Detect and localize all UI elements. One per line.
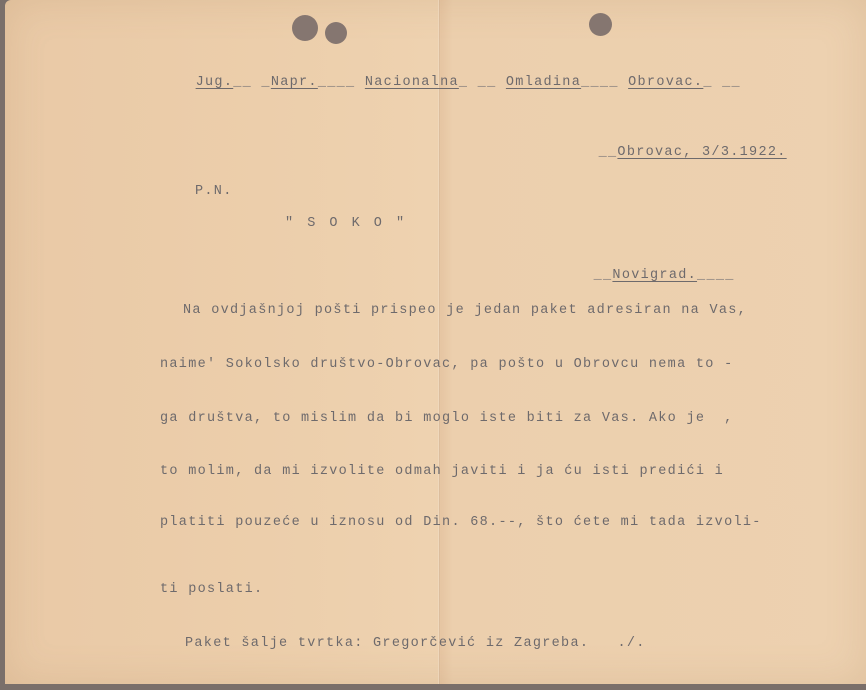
closing-line: Paket šalje tvrtka: Gregorčević iz Zagre… bbox=[185, 636, 646, 651]
letterhead-part: Omladina bbox=[506, 75, 581, 90]
punch-hole bbox=[325, 22, 347, 44]
place-date-line: __Obrovac, 3/3.1922. bbox=[561, 130, 787, 175]
place-date: Obrovac, 3/3.1922. bbox=[617, 145, 786, 160]
punch-hole bbox=[292, 15, 318, 41]
punch-hole bbox=[589, 13, 612, 36]
body-line: to molim, da mi izvolite odmah javiti i … bbox=[160, 464, 724, 479]
destination-line: __Novigrad.____ bbox=[556, 253, 735, 298]
letterhead: Jug.__ _Napr.____ Nacionalna_ __ Omladin… bbox=[158, 60, 741, 105]
addressee: " S O K O " bbox=[285, 216, 407, 231]
destination: Novigrad. bbox=[612, 268, 697, 283]
salutation: P.N. bbox=[195, 184, 233, 199]
body-line: Na ovdjašnjoj pošti prispeo je jedan pak… bbox=[183, 303, 747, 318]
body-line: platiti pouzeće u iznosu od Din. 68.--, … bbox=[160, 515, 762, 530]
body-line: ga društva, to mislim da bi moglo iste b… bbox=[160, 411, 733, 426]
letterhead-part: Napr. bbox=[271, 75, 318, 90]
letterhead-part: Jug. bbox=[196, 75, 234, 90]
body-line: naime' Sokolsko društvo-Obrovac, pa pošt… bbox=[160, 357, 733, 372]
letterhead-part: Obrovac. bbox=[628, 75, 703, 90]
letter-page: Jug.__ _Napr.____ Nacionalna_ __ Omladin… bbox=[5, 0, 866, 684]
letterhead-part: Nacionalna bbox=[365, 75, 459, 90]
body-line: ti poslati. bbox=[160, 582, 263, 597]
